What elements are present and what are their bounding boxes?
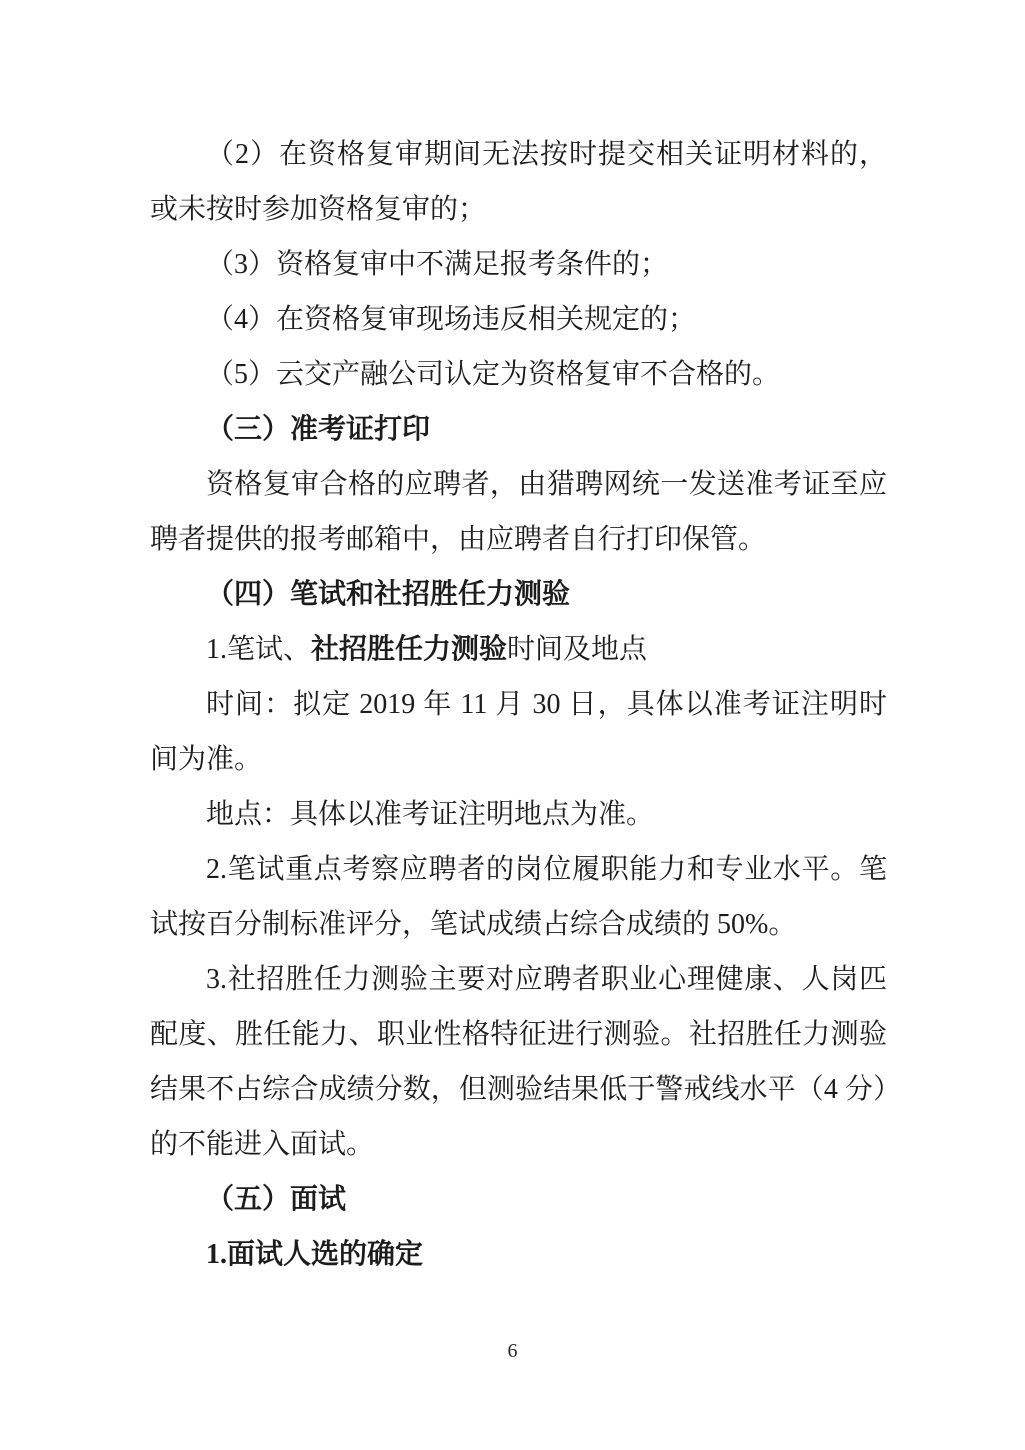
text-run: 1.笔试、	[206, 634, 311, 665]
paragraph-competency-test-detail: 3.社招胜任力测验主要对应聘者职业心理健康、人岗匹配度、胜任能力、职业性格特征进…	[150, 952, 887, 1172]
paragraph-admission-ticket-body: 资格复审合格的应聘者，由猎聘网统一发送准考证至应聘者提供的报考邮箱中，由应聘者自…	[150, 457, 887, 567]
paragraph-test-place: 地点：具体以准考证注明地点为准。	[150, 787, 887, 842]
page-number: 6	[0, 1336, 1025, 1366]
subheading-test-time-place: 1.笔试、社招胜任力测验时间及地点	[150, 622, 887, 677]
section-heading-admission-ticket: （三）准考证打印	[150, 402, 887, 457]
paragraph-written-test-detail: 2.笔试重点考察应聘者的岗位履职能力和专业水平。笔试按百分制标准评分，笔试成绩占…	[150, 842, 887, 952]
list-item-disqualify-4: （4）在资格复审现场违反相关规定的；	[150, 292, 887, 347]
section-heading-written-test: （四）笔试和社招胜任力测验	[150, 567, 887, 622]
section-heading-interview: （五）面试	[150, 1172, 887, 1227]
list-item-disqualify-2: （2）在资格复审期间无法按时提交相关证明材料的，或未按时参加资格复审的；	[150, 127, 887, 237]
document-body: （2）在资格复审期间无法按时提交相关证明材料的，或未按时参加资格复审的； （3）…	[150, 127, 887, 1282]
subheading-interview-candidates: 1.面试人选的确定	[150, 1227, 887, 1282]
list-item-disqualify-3: （3）资格复审中不满足报考条件的；	[150, 237, 887, 292]
text-run-bold: 社招胜任力测验	[311, 634, 507, 665]
list-item-disqualify-5: （5）云交产融公司认定为资格复审不合格的。	[150, 347, 887, 402]
document-page: （2）在资格复审期间无法按时提交相关证明材料的，或未按时参加资格复审的； （3）…	[0, 0, 1025, 1450]
paragraph-test-time: 时间：拟定 2019 年 11 月 30 日，具体以准考证注明时间为准。	[150, 677, 887, 787]
text-run: 时间及地点	[507, 634, 647, 665]
